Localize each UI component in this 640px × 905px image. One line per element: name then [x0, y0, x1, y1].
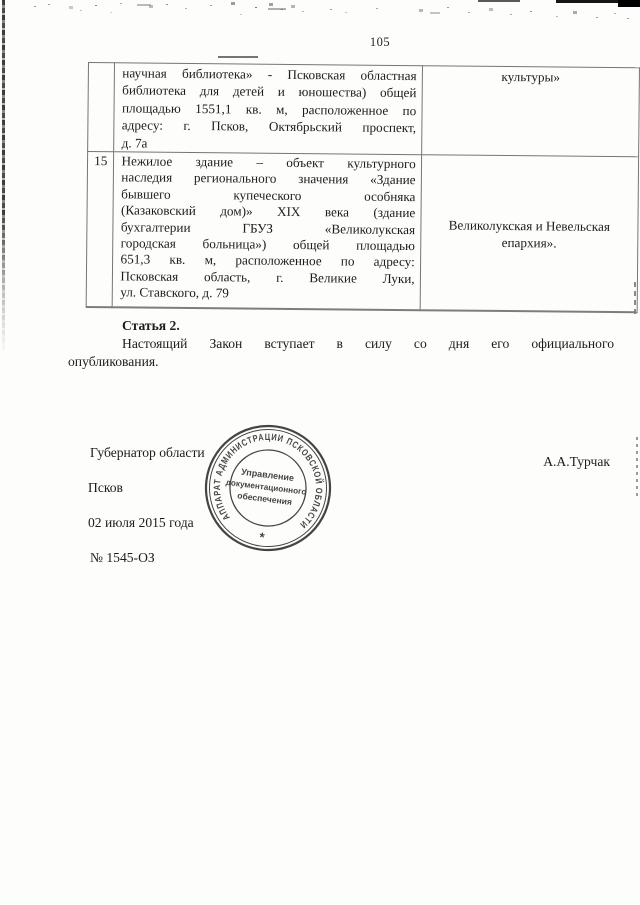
recipient-cell: культуры»: [421, 66, 639, 157]
row-number-cell: 15: [86, 152, 114, 307]
scan-noise-dash: [137, 4, 151, 6]
scanned-document-page: 105 научная библиотека» - Псковская обла…: [0, 0, 640, 905]
row-number-cell: [88, 63, 115, 152]
table-row: научная библиотека» - Псковская областна…: [88, 63, 640, 157]
scan-top-edge-artifact: [478, 0, 520, 2]
administration-stamp: АППАРАТ АДМИНИСТРАЦИИ ПСКОВСКОЙ ОБЛАСТИ …: [198, 418, 338, 558]
signing-date: 02 июля 2015 года: [88, 515, 194, 531]
signer-name: А.А.Турчак: [543, 454, 610, 470]
recipient-cell: Великолукская и Невельская епархия».: [420, 155, 639, 312]
property-description-cell: Нежилое здание – объект культурногонасле…: [113, 152, 422, 310]
scan-table-border-artifact: [218, 56, 258, 58]
scan-top-corner-artifact: [618, 0, 640, 7]
signer-title: Губернатор области: [90, 445, 205, 461]
text-line: Настоящий Закон вступает в силу со дня е…: [68, 335, 614, 353]
document-number: № 1545-ОЗ: [90, 550, 155, 566]
article-2-section: Статья 2. Настоящий Закон вступает в сил…: [68, 318, 614, 370]
text-line: ул. Ставского, д. 79: [120, 285, 414, 304]
text-line: опубликования.: [68, 353, 614, 371]
property-description-cell: научная библиотека» - Псковская областна…: [114, 63, 422, 155]
scan-right-edge-artifact: [636, 437, 638, 499]
text-line: адресу: г. Псков, Октябрьский проспект,: [122, 117, 416, 137]
scan-noise-specks: [0, 0, 2, 1]
page-number: 105: [0, 35, 640, 50]
article-paragraph: Настоящий Закон вступает в силу со дня е…: [68, 335, 614, 370]
stamp-seal-icon: АППАРАТ АДМИНИСТРАЦИИ ПСКОВСКОЙ ОБЛАСТИ …: [198, 418, 338, 558]
stamp-star-icon: *: [259, 529, 267, 545]
property-table: научная библиотека» - Псковская областна…: [86, 62, 640, 313]
scan-noise-dash: [430, 12, 440, 14]
text-line: д. 7а: [122, 134, 416, 154]
scan-binding-edge-artifact: [2, 0, 5, 355]
article-heading: Статья 2.: [122, 318, 614, 334]
scan-noise-dash: [268, 8, 286, 10]
table-row: 15 Нежилое здание – объект культурногона…: [86, 152, 638, 312]
signing-city: Псков: [88, 480, 123, 496]
